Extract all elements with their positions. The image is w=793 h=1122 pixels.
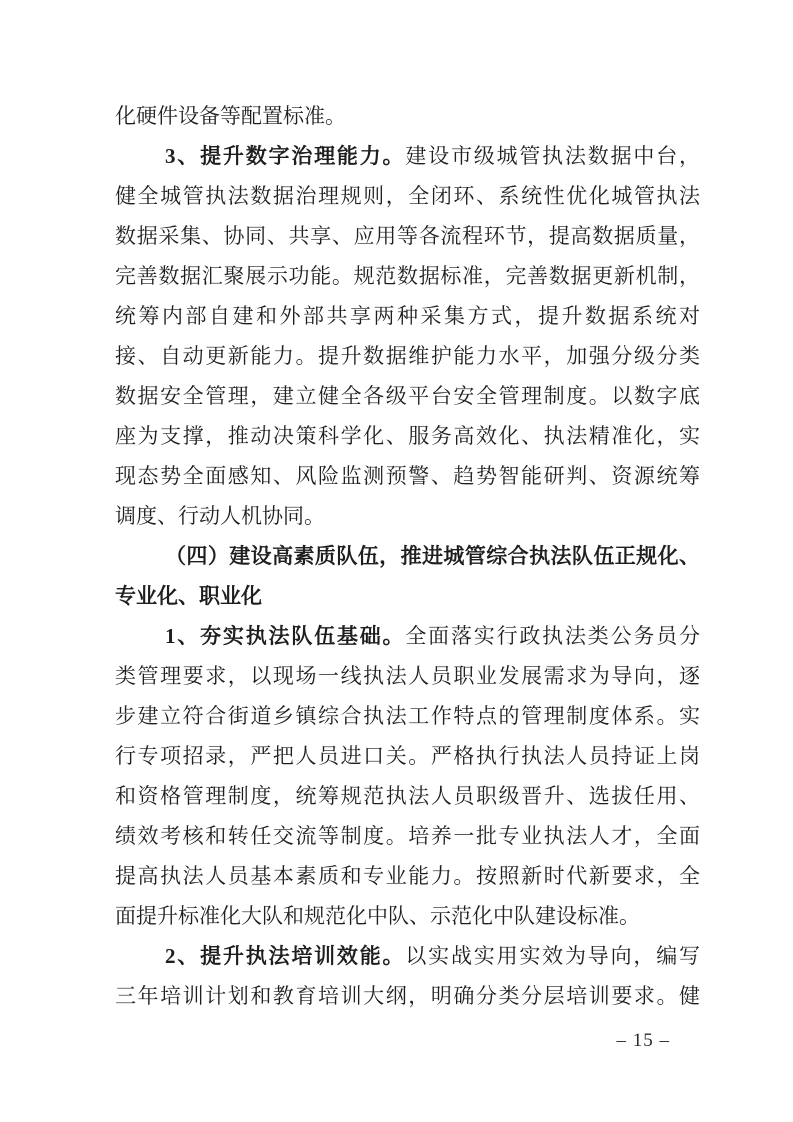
body-text-segment: 三年培训计划和教育培训大纲，明确分类分层培训要求。健 — [115, 984, 700, 1008]
body-text-segment: 数据采集、协同、共享、应用等各流程环节，提高数据质量， — [115, 224, 700, 248]
text-line: 统筹内部自建和外部共享两种采集方式，提升数据系统对 — [115, 296, 700, 336]
body-text-segment: 提高执法人员基本素质和专业能力。按照新时代新要求，全 — [115, 864, 700, 888]
text-line: 接、自动更新能力。提升数据维护能力水平，加强分级分类 — [115, 336, 700, 376]
body-text-segment: 行专项招录，严把人员进口关。严格执行执法人员持证上岗 — [115, 744, 700, 768]
document-page: 化硬件设备等配置标准。3、提升数字治理能力。建设市级城管执法数据中台，健全城管执… — [0, 0, 793, 1122]
body-text-segment: 类管理要求，以现场一线执法人员职业发展需求为导向，逐 — [115, 664, 700, 688]
text-line: 数据安全管理，建立健全各级平台安全管理制度。以数字底 — [115, 376, 700, 416]
body-text-segment: 调度、行动人机协同。 — [115, 504, 325, 528]
text-line: 3、提升数字治理能力。建设市级城管执法数据中台， — [115, 136, 700, 176]
body-text-segment: 化硬件设备等配置标准。 — [115, 104, 346, 128]
body-text-segment: 数据安全管理，建立健全各级平台安全管理制度。以数字底 — [115, 384, 700, 408]
body-text-segment: 步建立符合街道乡镇综合执法工作特点的管理制度体系。实 — [115, 704, 700, 728]
text-line: 座为支撑，推动决策科学化、服务高效化、执法精准化，实 — [115, 416, 700, 456]
body-text-segment: 完善数据汇聚展示功能。规范数据标准，完善数据更新机制， — [115, 264, 700, 288]
body-text-segment: 建设市级城管执法数据中台， — [405, 144, 700, 168]
body-text-segment: 以实战实用实效为导向，编写 — [405, 944, 700, 968]
body-text-segment: 现态势全面感知、风险监测预警、趋势智能研判、资源统筹 — [115, 464, 700, 488]
bold-text-segment: （四）建设高素质队伍，推进城管综合执法队伍正规化、 — [165, 544, 700, 568]
text-line: 和资格管理制度，统筹规范执法人员职级晋升、选拔任用、 — [115, 776, 700, 816]
body-text-segment: 面提升标准化大队和规范化中队、示范化中队建设标准。 — [115, 904, 640, 928]
text-line: 2、提升执法培训效能。以实战实用实效为导向，编写 — [115, 936, 700, 976]
text-line: 行专项招录，严把人员进口关。严格执行执法人员持证上岗 — [115, 736, 700, 776]
body-text-segment: 接、自动更新能力。提升数据维护能力水平，加强分级分类 — [115, 344, 700, 368]
bold-text-segment: 1、夯实执法队伍基础。 — [165, 624, 405, 648]
body-text-segment: 健全城管执法数据治理规则，全闭环、系统性优化城管执法 — [115, 184, 700, 208]
text-line: 健全城管执法数据治理规则，全闭环、系统性优化城管执法 — [115, 176, 700, 216]
body-text-segment: 绩效考核和转任交流等制度。培养一批专业执法人才，全面 — [115, 824, 700, 848]
text-line: 数据采集、协同、共享、应用等各流程环节，提高数据质量， — [115, 216, 700, 256]
text-line: 三年培训计划和教育培训大纲，明确分类分层培训要求。健 — [115, 976, 700, 1016]
page-number: – 15 – — [617, 1029, 671, 1053]
bold-text-segment: 专业化、职业化 — [115, 584, 262, 608]
body-text-segment: 统筹内部自建和外部共享两种采集方式，提升数据系统对 — [115, 304, 700, 328]
text-line: 步建立符合街道乡镇综合执法工作特点的管理制度体系。实 — [115, 696, 700, 736]
text-line: 面提升标准化大队和规范化中队、示范化中队建设标准。 — [115, 896, 700, 936]
section-heading-line: 专业化、职业化 — [115, 576, 700, 616]
document-body: 化硬件设备等配置标准。3、提升数字治理能力。建设市级城管执法数据中台，健全城管执… — [115, 96, 700, 1016]
body-text-segment: 座为支撑，推动决策科学化、服务高效化、执法精准化，实 — [115, 424, 700, 448]
text-line: 现态势全面感知、风险监测预警、趋势智能研判、资源统筹 — [115, 456, 700, 496]
text-line: 1、夯实执法队伍基础。全面落实行政执法类公务员分 — [115, 616, 700, 656]
text-line: 完善数据汇聚展示功能。规范数据标准，完善数据更新机制， — [115, 256, 700, 296]
bold-text-segment: 3、提升数字治理能力。 — [165, 144, 405, 168]
text-line: 化硬件设备等配置标准。 — [115, 96, 700, 136]
text-line: 绩效考核和转任交流等制度。培养一批专业执法人才，全面 — [115, 816, 700, 856]
body-text-segment: 全面落实行政执法类公务员分 — [405, 624, 700, 648]
text-line: 提高执法人员基本素质和专业能力。按照新时代新要求，全 — [115, 856, 700, 896]
bold-text-segment: 2、提升执法培训效能。 — [165, 944, 405, 968]
text-line: 调度、行动人机协同。 — [115, 496, 700, 536]
section-heading-line: （四）建设高素质队伍，推进城管综合执法队伍正规化、 — [115, 536, 700, 576]
text-line: 类管理要求，以现场一线执法人员职业发展需求为导向，逐 — [115, 656, 700, 696]
body-text-segment: 和资格管理制度，统筹规范执法人员职级晋升、选拔任用、 — [115, 784, 700, 808]
